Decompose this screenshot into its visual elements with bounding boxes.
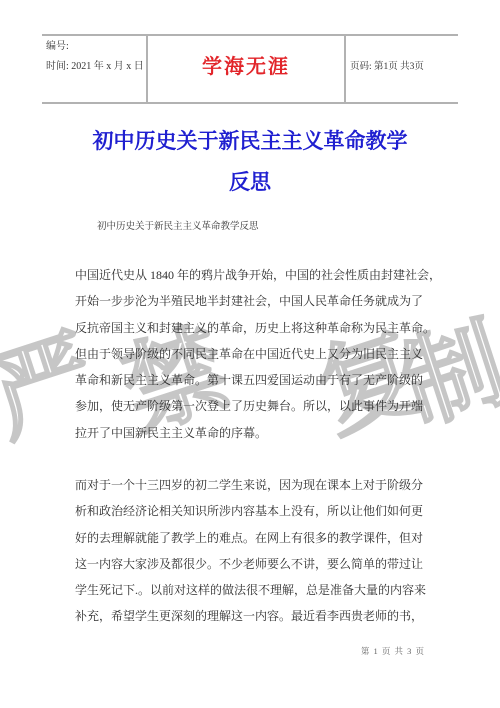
text-line: 这一内容大家涉及都很少。不少老师要么不讲，要么简单的带过让 — [75, 551, 427, 577]
document-title: 初中历史关于新民主主义革命教学 反思 — [0, 121, 500, 203]
header-bottom-border — [42, 102, 458, 104]
text-line: 参加，使无产阶级第一次登上了历史舞台。所以，以此事件为开端 — [75, 393, 427, 419]
paragraph-2: 而对于一个十三四岁的初二学生来说，因为现在课本上对于阶级分析和政治经济论相关知识… — [75, 472, 427, 630]
footer-page-number: 第 1 页 共 3 页 — [361, 645, 425, 657]
document-title-line: 反思 — [0, 162, 500, 203]
header-page-label: 页码: 第1页 共3页 — [350, 58, 424, 72]
header-number-label: 编号: — [46, 37, 69, 52]
text-line: 反抗帝国主义和封建主义的革命，历史上将这种革命称为民主革命。 — [75, 315, 427, 341]
document-title-line: 初中历史关于新民主主义革命教学 — [0, 121, 500, 162]
text-line: 而对于一个十三四岁的初二学生来说，因为现在课本上对于阶级分 — [75, 472, 427, 498]
text-line: 革命和新民主主义革命。第十课五四爱国运动由于有了无产阶级的 — [75, 367, 427, 393]
text-line: 好的去理解就能了教学上的难点。在网上有很多的教学课件，但对 — [75, 525, 427, 551]
text-line: 补充，希望学生更深刻的理解这一内容。最近看李西贵老师的书， — [75, 603, 427, 629]
header-top-border — [42, 34, 458, 36]
document-subtitle: 初中历史关于新民主主义革命教学反思 — [97, 218, 259, 232]
document-page: { "header": { "number_label": "编号:", "da… — [0, 0, 500, 708]
header-brand: 学海无涯 — [147, 50, 345, 79]
header-date-label: 时间: 2021 年 x 月 x 日 — [46, 57, 144, 72]
text-line: 但由于领导阶级的不同民主革命在中国近代史上又分为旧民主主义 — [75, 341, 427, 367]
text-line: 学生死记下.。以前对这样的做法很不理解，总是准备大量的内容来 — [75, 577, 427, 603]
text-line: 析和政治经济论相关知识所涉内容基本上没有，所以让他们如何更 — [75, 498, 427, 524]
text-line: 开始一步步沦为半殖民地半封建社会，中国人民革命任务就成为了 — [75, 288, 427, 314]
text-line: 拉开了中国新民主主义革命的序幕。 — [75, 420, 427, 446]
paragraph-1: 中国近代史从 1840 年的鸦片战争开始，中国的社会性质由封建社会，开始一步步沦… — [75, 262, 427, 446]
text-line: 中国近代史从 1840 年的鸦片战争开始，中国的社会性质由封建社会， — [75, 262, 427, 288]
